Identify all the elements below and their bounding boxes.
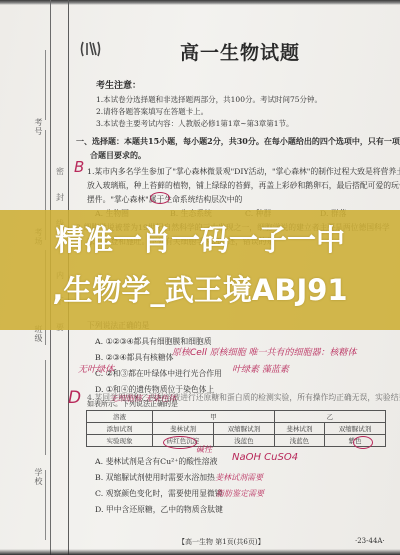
fill-line: [45, 360, 46, 455]
table-row: 添加试剂 斐林试剂 双缩脲试剂 斐林试剂 双缩脲试剂: [87, 423, 386, 435]
overlay-banner: 精准一肖一码一子一中 ,生物学_武王境ABJ91: [0, 210, 400, 330]
table-cell: 斐林试剂: [153, 423, 214, 435]
notice-heading: 考生注意：: [96, 78, 141, 91]
notice-item: 1.本试卷分选择题和非选择题两部分，共100分。考试时间75分钟。: [96, 94, 322, 105]
table-row: 实验现象 砖红色沉淀 浅蓝色 浅蓝色 紫色: [87, 435, 386, 447]
results-table: 溶液 甲 乙 添加试剂 斐林试剂 双缩脲试剂 斐林试剂 双缩脲试剂 实验现象 砖…: [86, 410, 386, 447]
question-text: 1.某市内多名学生参加了"掌心森林微景观"DIY活动，"掌心森林"的制作过程大致…: [87, 166, 400, 177]
scan-bottom-edge: [0, 549, 400, 555]
margin-label-school: 学校: [33, 468, 44, 486]
table-cell: 浅蓝色: [274, 435, 324, 447]
pen-circle-mark: [163, 436, 197, 449]
page-footer: 【高一生物 第1页(共6页)】: [178, 537, 265, 547]
table-cell: 甲: [153, 411, 275, 423]
fill-line: [45, 470, 46, 540]
table-cell: 双缩脲试剂: [325, 423, 386, 435]
table-cell: 斐林试剂: [274, 423, 324, 435]
publisher-logo-icon: [79, 40, 101, 58]
option-c: C. ②和③都在叶绿体中进行光合作用: [95, 368, 222, 379]
overlay-subline: ,生物学_武王境ABJ91: [0, 268, 400, 309]
option-a: A. 斐林试剂是含有Cu²⁺的酸性溶液: [95, 456, 217, 467]
fill-line: [45, 50, 46, 120]
pen-circle-mark: [353, 436, 373, 449]
table-cell: 浅蓝色: [213, 435, 274, 447]
exam-title: 高一生物试题: [180, 38, 300, 65]
handwritten-note: 斐林试剂需要: [215, 472, 263, 483]
option-c: C. 观察颜色变化时，需要使用显微镜: [95, 488, 223, 499]
handwritten-note: 脂肪鉴定需要: [216, 488, 264, 499]
paper-code: ·23-44A·: [355, 537, 385, 545]
table-row: 溶液 甲 乙: [87, 411, 386, 423]
handwritten-note: 叶绿素 藻蓝素: [232, 362, 289, 375]
handwritten-note: 无叶绿体: [78, 362, 114, 375]
section-heading: 一、选择题：本题共15小题，每小题2分，共30分。在每小题给出的四个选项中，只有…: [76, 136, 400, 147]
table-cell: 乙: [274, 411, 385, 423]
table-cell: 溶液: [87, 411, 153, 423]
handwritten-note: 原核Cell 原核细胞 唯一共有的细胞器：核糖体: [172, 345, 357, 358]
option-b: B. 双缩脲试剂使用时需要水浴加热: [95, 472, 215, 483]
overlay-headline: 精准一肖一码一子一中: [0, 218, 400, 259]
table-cell: 添加试剂: [87, 423, 153, 435]
handwritten-note: 碱性: [196, 444, 212, 455]
handwritten-note: NaOH CuSO4: [232, 452, 298, 463]
notice-item: 3.本试卷主要考试内容：人教版必修1第1章~第3章第1节。: [96, 118, 294, 129]
seal-char: 密: [56, 166, 64, 177]
option-d: D. 甲中含还原糖，乙中的物质含肽键: [95, 504, 223, 515]
table-cell: 双缩脲试剂: [213, 423, 274, 435]
question-text: 放入玻璃瓶，种上苔藓的植物，铺上绿绿的苔藓，再盖上彩砂和鹅卵石，最后搭配可爱的玩…: [87, 180, 400, 191]
question-text: 如表所示。下列说法正确的是: [87, 399, 178, 409]
margin-label-exam-number: 考号: [33, 118, 44, 136]
seal-char: 封: [56, 192, 64, 203]
section-heading-cont: 合题目要求的。: [90, 150, 146, 161]
table-cell: 实验现象: [87, 435, 153, 447]
handwritten-answer: D: [68, 388, 81, 408]
pen-circle-mark: [150, 192, 170, 204]
notice-item: 2.请将各题答案填写在答题卡上。: [96, 106, 208, 117]
handwritten-answer: B: [74, 158, 84, 176]
scan-top-edge: [0, 0, 400, 5]
